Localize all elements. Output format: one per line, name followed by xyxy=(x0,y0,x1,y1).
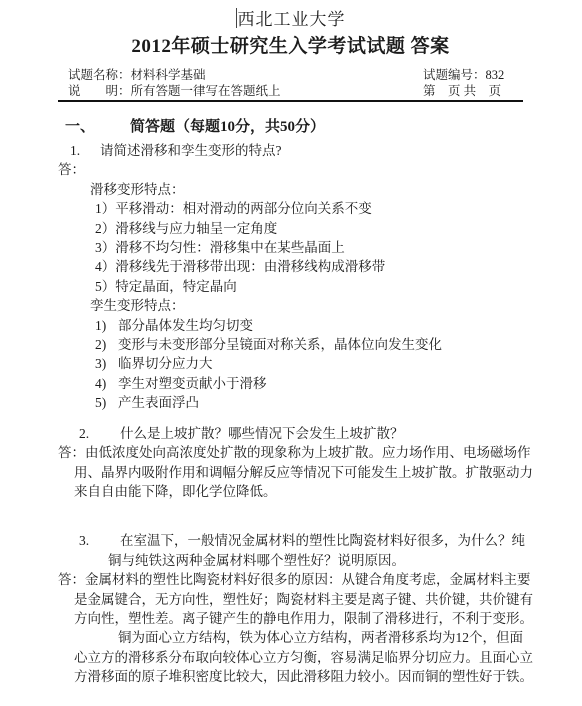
section-heading: 一、简答题（每题10分，共50分） xyxy=(58,117,533,137)
exam-name-label: 试题名称： xyxy=(68,68,131,82)
answer-3-paragraph-2: 铜为面心立方结构，铁为体心立方结构，两者滑移系均为12个，但面心立方的滑移系分布… xyxy=(58,628,533,686)
twin-item-text: 部分晶体发生均匀切变 xyxy=(118,318,253,333)
slip-features-title: 滑移变形特点： xyxy=(90,180,533,199)
twin-item-number: 1) xyxy=(95,316,118,335)
answer-3-paragraph-1: 答：金属材料的塑性比陶瓷材料好很多的原因：从键合角度考虑，金属材料主要是金属键合… xyxy=(58,570,533,628)
question-2-text: 什么是上坡扩散？哪些情况下会发生上坡扩散？ xyxy=(120,426,404,441)
twin-item-number: 4) xyxy=(95,374,118,393)
twin-item-text: 变形与未变形部分呈镜面对称关系，晶体位向发生变化 xyxy=(118,337,442,352)
twin-feature-item: 1)部分晶体发生均匀切变 xyxy=(95,316,533,335)
twin-item-number: 2) xyxy=(95,335,118,354)
twin-feature-item: 3)临界切分应力大 xyxy=(95,354,533,373)
twin-feature-item: 5)产生表面浮凸 xyxy=(95,393,533,412)
twin-item-number: 5) xyxy=(95,393,118,412)
exam-note: 说 明：所有答题一律写在答题纸上 xyxy=(68,83,281,99)
twin-item-number: 3) xyxy=(95,354,118,373)
exam-number: 试题编号：832 xyxy=(423,67,523,83)
page-count-text: 第 页 共 页 xyxy=(423,83,523,99)
exam-name-value: 材料科学基础 xyxy=(131,68,206,82)
page-title: 2012年硕士研究生入学考试试题 答案 xyxy=(58,34,523,60)
answers-content: 一、简答题（每题10分，共50分） 1.请简述滑移和孪生变形的特点? 答： 滑移… xyxy=(58,117,533,687)
slip-feature-item: 5）特定晶面，特定晶向 xyxy=(95,277,533,296)
university-header: 西北工业大学 xyxy=(58,8,523,32)
question-1-text: 请简述滑移和孪生变形的特点? xyxy=(100,143,282,158)
exam-number-value: 832 xyxy=(486,68,505,82)
question-2-number: 2. xyxy=(79,424,120,443)
exam-name: 试题名称：材料科学基础 xyxy=(68,67,206,83)
slip-feature-item: 2）滑移线与应力轴呈一定角度 xyxy=(95,219,533,238)
slip-feature-item: 4）滑移线先于滑移带出现：由滑移线构成滑移带 xyxy=(95,257,533,276)
question-3-number: 3. xyxy=(79,531,120,550)
twin-feature-item: 4)孪生对塑变贡献小于滑移 xyxy=(95,374,533,393)
exam-note-label: 说 明： xyxy=(68,84,131,98)
answer-2: 答：由低浓度处向高浓度处扩散的现象称为上坡扩散。应力场作用、电场磁场作用、晶界内… xyxy=(58,443,533,501)
exam-info-row-2: 说 明：所有答题一律写在答题纸上 第 页 共 页 xyxy=(68,83,523,99)
university-name: 西北工业大学 xyxy=(238,10,346,29)
exam-note-value: 所有答题一律写在答题纸上 xyxy=(131,84,281,98)
exam-number-label: 试题编号： xyxy=(423,68,486,82)
twin-features-title: 孪生变形特点： xyxy=(90,296,533,315)
section-heading-text: 简答题（每题10分，共50分） xyxy=(130,119,325,135)
question-1: 1.请简述滑移和孪生变形的特点? xyxy=(58,141,533,160)
header-divider xyxy=(58,100,523,102)
exam-answer-sheet: 西北工业大学 2012年硕士研究生入学考试试题 答案 试题名称：材料科学基础 试… xyxy=(0,0,582,706)
question-3-text: 在室温下，一般情况金属材料的塑性比陶瓷材料好很多，为什么？纯铜与纯铁这两种金属材… xyxy=(108,533,525,567)
question-1-number: 1. xyxy=(70,141,100,160)
exam-info-block: 试题名称：材料科学基础 试题编号：832 说 明：所有答题一律写在答题纸上 第 … xyxy=(58,67,523,99)
twin-feature-item: 2)变形与未变形部分呈镜面对称关系，晶体位向发生变化 xyxy=(95,335,533,354)
question-3: 3.在室温下，一般情况金属材料的塑性比陶瓷材料好很多，为什么？纯铜与纯铁这两种金… xyxy=(58,531,533,570)
scan-cursor-line xyxy=(236,8,237,28)
section-numeral: 一、 xyxy=(65,117,130,137)
slip-feature-item: 1）平移滑动：相对滑动的两部分位向关系不变 xyxy=(95,199,533,218)
answer-1-label: 答： xyxy=(58,160,533,179)
exam-info-row-1: 试题名称：材料科学基础 试题编号：832 xyxy=(68,67,523,83)
slip-feature-item: 3）滑移不均匀性：滑移集中在某些晶面上 xyxy=(95,238,533,257)
twin-item-text: 产生表面浮凸 xyxy=(118,395,199,410)
twin-item-text: 临界切分应力大 xyxy=(118,356,213,371)
twin-item-text: 孪生对塑变贡献小于滑移 xyxy=(118,376,267,391)
question-2: 2.什么是上坡扩散？哪些情况下会发生上坡扩散？ xyxy=(58,424,533,443)
